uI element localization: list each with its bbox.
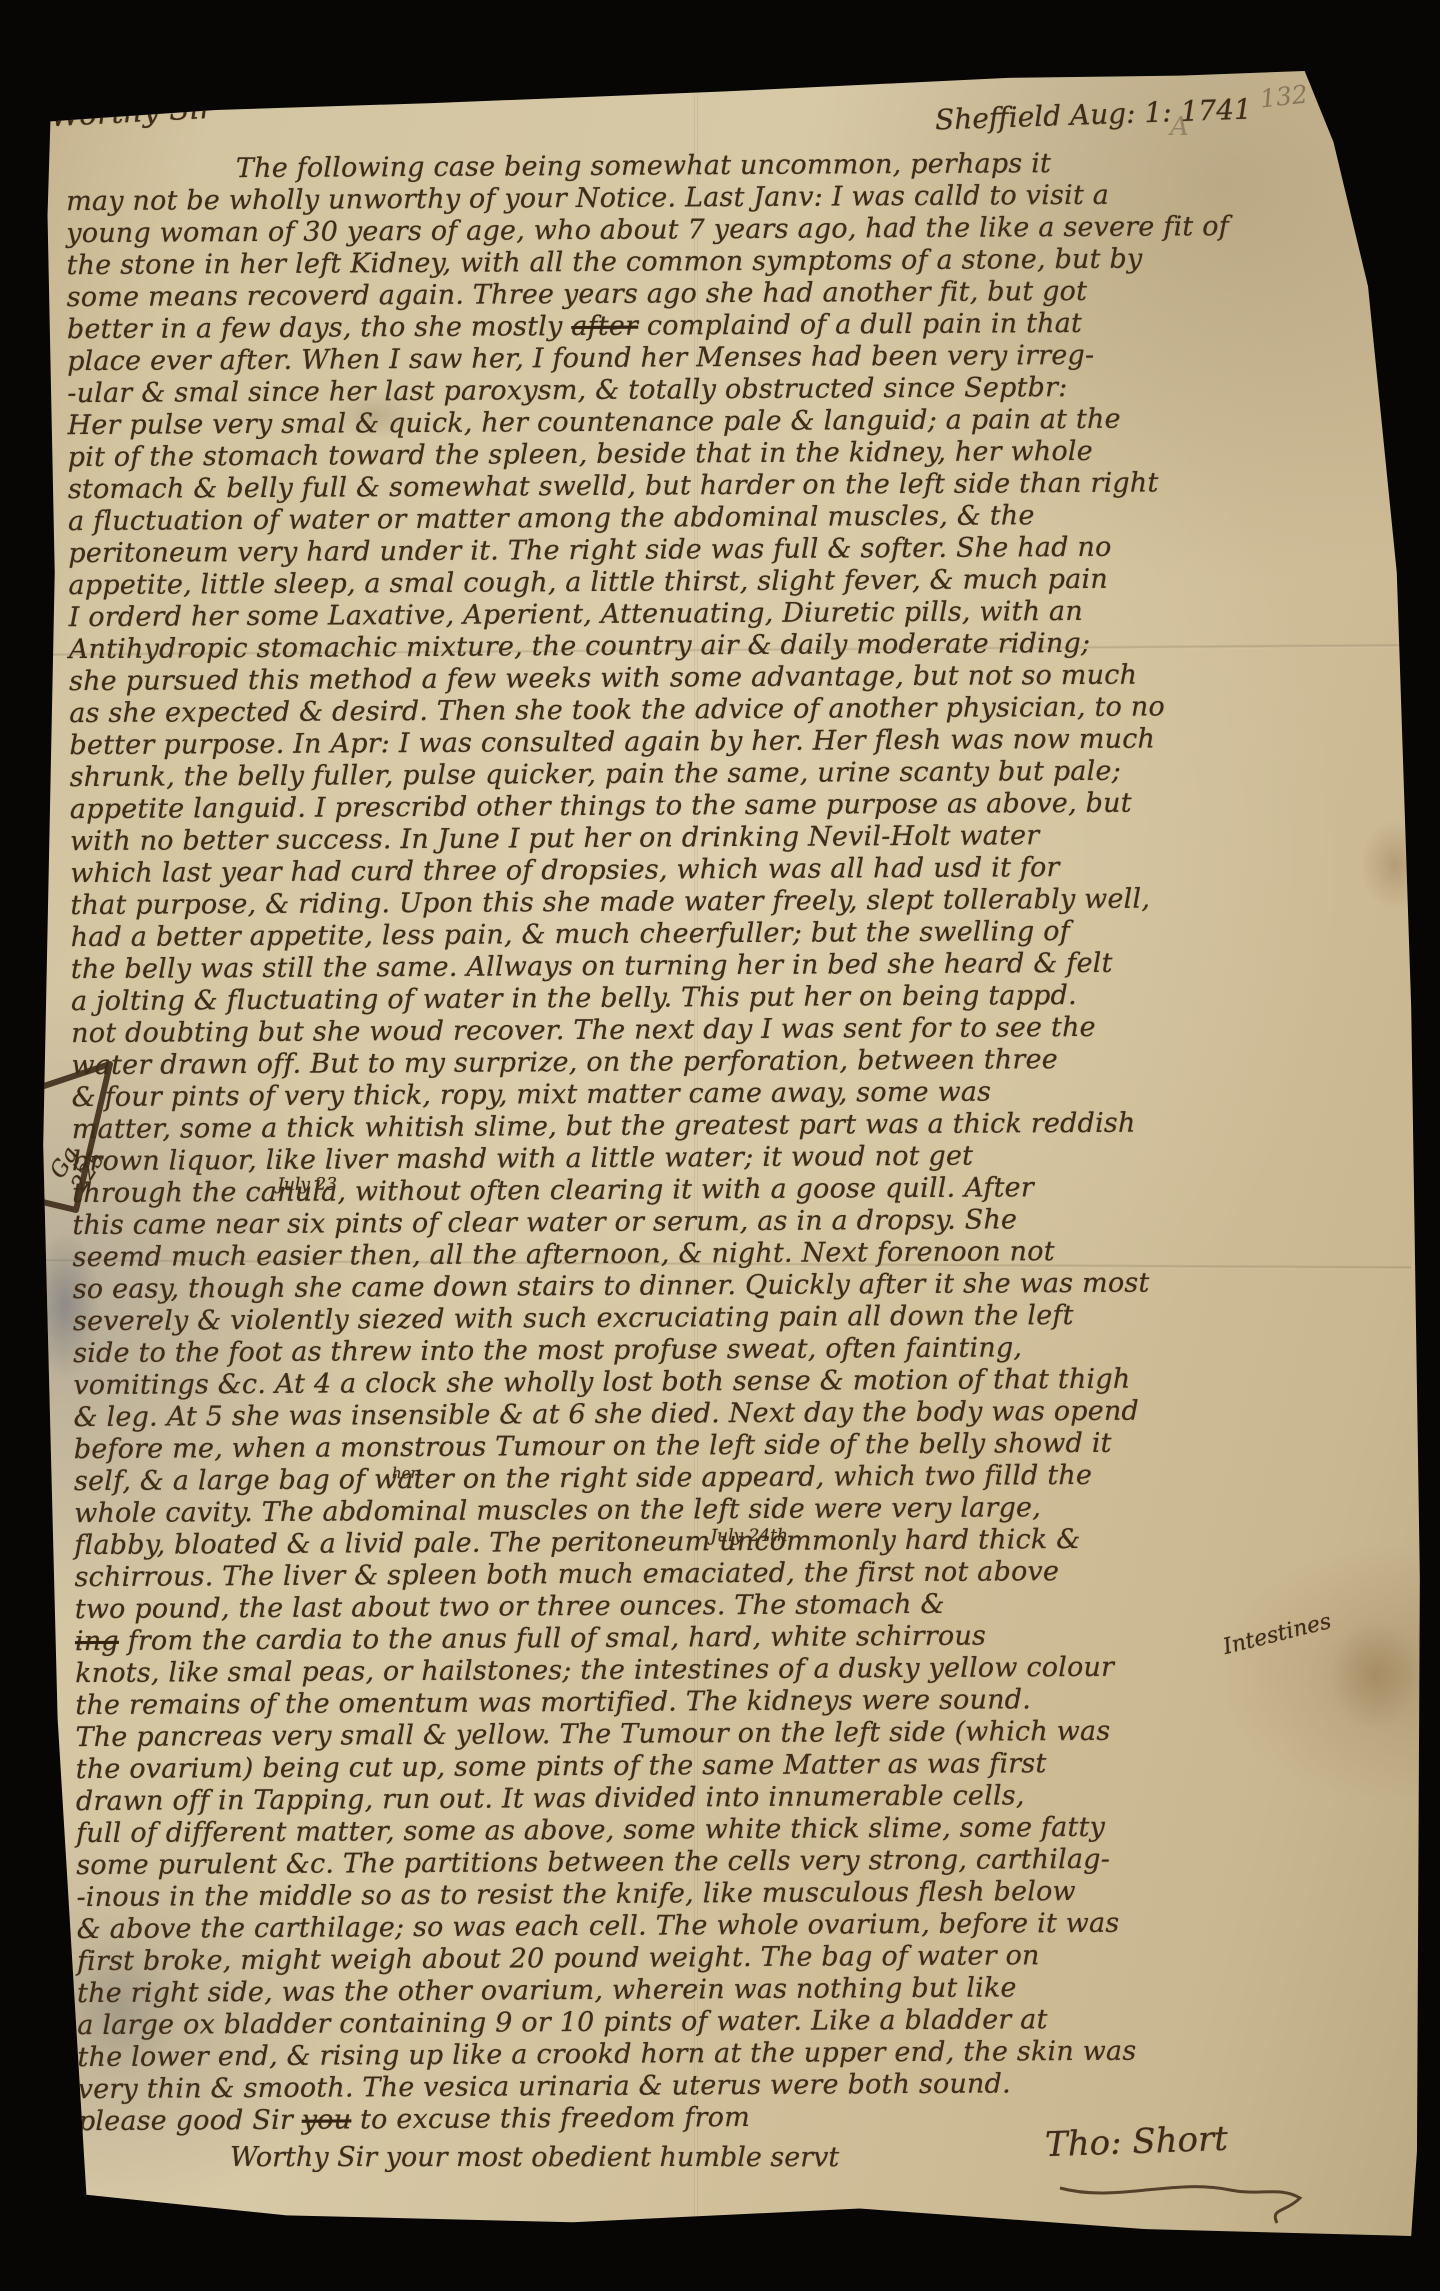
letter-body: The following case being somewhat uncomm… — [66, 146, 1428, 2164]
interlinear-insertion-word: her — [392, 1464, 418, 1482]
margin-annotation: Gg 225 — [18, 1050, 128, 1230]
folio-number: 132 — [1259, 80, 1309, 114]
signature: Tho: Short — [1044, 2119, 1228, 2165]
interlinear-insertion-date2: July 24th — [710, 1526, 788, 1546]
letter-lines: The following case being somewhat uncomm… — [66, 146, 1428, 2138]
salutation: Worthy Sir — [49, 91, 214, 135]
closing-line: Worthy Sir your most obedient humble ser… — [230, 2142, 839, 2173]
dateline: Sheffield Aug: 1: 1741 — [935, 92, 1253, 136]
signature-flourish-icon — [1055, 2168, 1305, 2228]
struck-out-word: ing — [75, 1626, 119, 1657]
interlinear-insertion-date: July 23 — [277, 1175, 337, 1195]
manuscript-photo: 132 A Worthy Sir Sheffield Aug: 1: 1741 … — [0, 0, 1440, 2291]
struck-out-word: you — [302, 2104, 352, 2135]
struck-out-word: after — [571, 311, 638, 342]
manuscript-page: 132 A Worthy Sir Sheffield Aug: 1: 1741 … — [0, 0, 1440, 2291]
